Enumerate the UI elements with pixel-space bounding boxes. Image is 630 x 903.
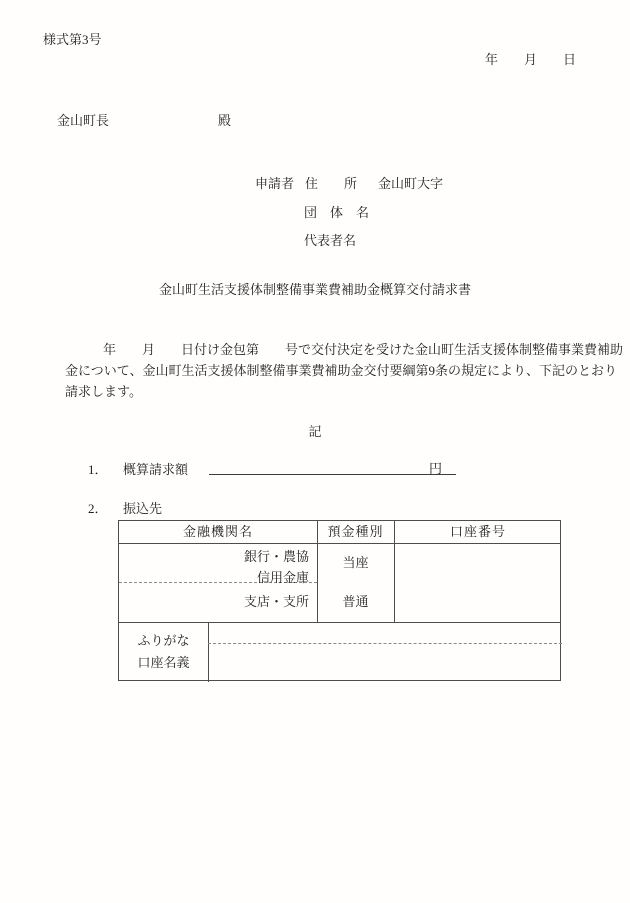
header-account-number: 口座番号 [394,524,562,540]
body-line-3: 請求します。 [65,383,142,400]
date-line: 年 月 日 [485,51,576,68]
bank-transfer-table: 金融機関名 預金種別 口座番号 銀行・農協 信用金庫 支店・支所 当座 普通 ふ… [118,520,561,681]
branch-label: 支店・支所 [119,594,309,610]
form-number: 様式第3号 [43,31,102,48]
note-marker: 記 [0,423,630,440]
bank-type-label-line1: 銀行・農協 [119,549,309,565]
header-deposit-type: 預金種別 [317,524,394,540]
header-bottom-line [119,543,560,544]
addressee-honorific: 殿 [218,112,231,129]
address-label: 住 所 [305,175,357,192]
deposit-current-label: 当座 [317,555,394,571]
item1-number: 1． [88,461,108,478]
body-line-1: 年 月 日付け金包第 号で交付決定を受けた金山町生活支援体制整備事業費補助 [103,341,623,358]
account-name-label: 口座名義 [119,655,208,671]
amount-blank-field: 円 [209,458,456,475]
furigana-label: ふりがな [119,633,208,649]
address-value: 金山町大字 [378,175,443,192]
applicant-label: 申請者 [255,175,294,192]
header-institution: 金融機関名 [119,524,317,540]
item2-label: 振込先 [123,500,162,517]
organization-name-label: 団 体 名 [304,204,369,221]
item1-label: 概算請求額 [123,461,188,478]
body-line-2: 金について、金山町生活支援体制整備事業費補助金交付要綱第9条の規定により、下記の… [65,362,617,379]
document-title: 金山町生活支援体制整備事業費補助金概算交付請求書 [0,281,630,298]
addressee-name: 金山町長 [57,112,109,129]
document-page: 様式第3号 年 月 日 金山町長 殿 申請者 住 所 金山町大字 団 体 名 代… [0,0,630,903]
item1-unit: 円 [429,461,442,476]
representative-name-label: 代表者名 [304,232,356,249]
account-name-blank-cell [208,622,562,682]
item2-number: 2． [88,500,108,517]
account-number-blank-cell [394,549,562,619]
deposit-ordinary-label: 普通 [317,594,394,610]
bank-type-label-line2: 信用金庫 [119,570,309,586]
